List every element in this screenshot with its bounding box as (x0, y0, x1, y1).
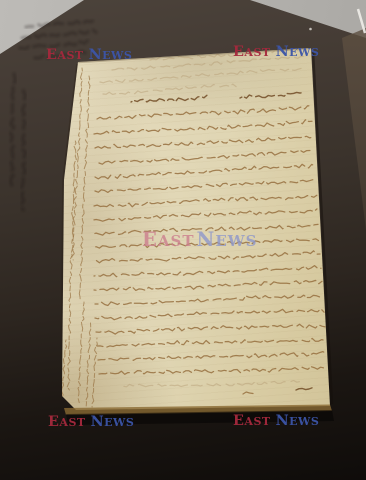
watermark-east-news-bottom-left: EASTNEWS (48, 415, 134, 429)
watermark-news-text: NEWS (276, 414, 320, 428)
watermark-east-news-center: EASTNEWS (142, 230, 257, 250)
watermark-news-text: NEWS (197, 230, 258, 250)
watermark-east-text: EAST (46, 48, 84, 62)
watermark-east-news-top-left: EASTNEWS (46, 48, 132, 62)
photo-details (61, 9, 365, 425)
watermark-east-text: EAST (233, 45, 271, 59)
watermark-east-news-bottom-right: EASTNEWS (233, 414, 319, 428)
watermark-east-news-top-right: EASTNEWS (233, 45, 319, 59)
watermark-news-text: NEWS (91, 415, 135, 429)
photo-of-handwritten-letter: EASTNEWS EASTNEWS EASTNEWS EASTNEWS EAST… (0, 0, 366, 480)
watermark-east-text: EAST (142, 230, 195, 250)
watermark-east-text: EAST (233, 414, 271, 428)
watermark-news-text: NEWS (276, 45, 320, 59)
watermark-east-text: EAST (48, 415, 86, 429)
letter-handwriting (62, 48, 327, 407)
watermark-news-text: NEWS (89, 48, 133, 62)
